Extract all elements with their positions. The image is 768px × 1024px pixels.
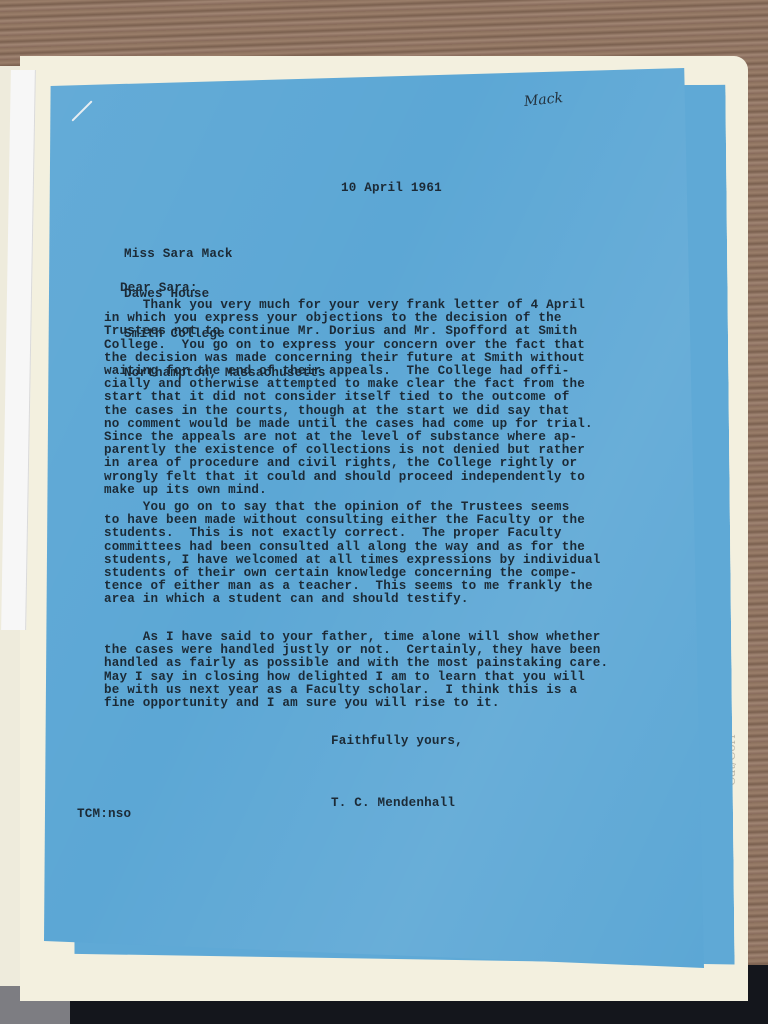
paragraph-3: As I have said to your father, time alon…	[104, 631, 608, 710]
paragraph-1: Thank you very much for your very frank …	[104, 299, 593, 497]
letter-date: 10 April 1961	[341, 182, 442, 195]
salutation: Dear Sara:	[120, 282, 198, 295]
closing: Faithfully yours,	[331, 735, 463, 748]
reference-initials: TCM:nso	[77, 808, 131, 821]
address-line: Miss Sara Mack	[124, 248, 326, 261]
signature-name: T. C. Mendenhall	[331, 797, 455, 810]
paragraph-2: You go on to say that the opinion of the…	[104, 501, 600, 607]
